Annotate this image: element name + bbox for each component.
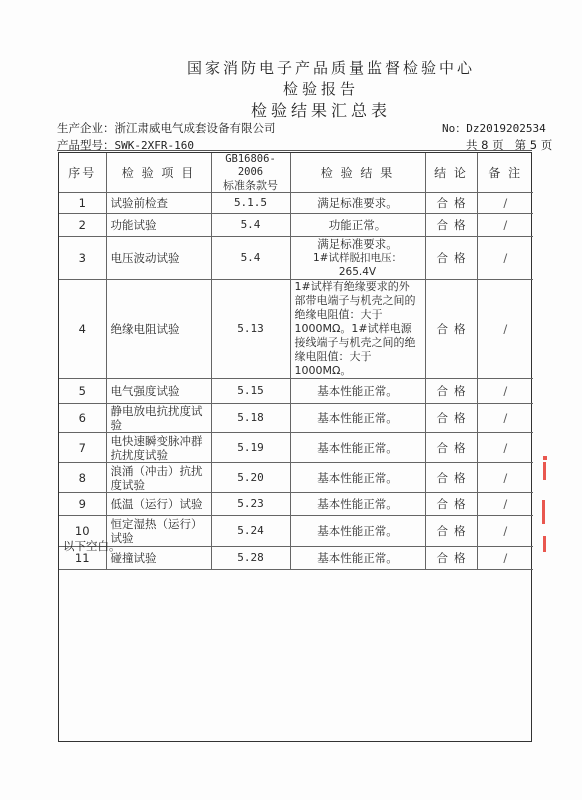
row-remark: / [477, 463, 533, 493]
row-remark: / [477, 404, 533, 433]
row-clause: 5.18 [211, 404, 290, 433]
row-result: 基本性能正常。 [290, 516, 425, 547]
company-label: 生产企业： [57, 121, 115, 135]
row-remark: / [477, 237, 533, 280]
row-clause: 5.13 [211, 280, 290, 379]
row-verdict: 合格 [425, 193, 477, 214]
table-row: 4 绝缘电阻试验 5.13 1#试样有绝缘要求的外部带电端子与机壳之间的绝缘电阻… [59, 280, 533, 379]
row-clause: 5.23 [211, 493, 290, 516]
row-verdict: 合格 [425, 404, 477, 433]
row-seq: 8 [59, 463, 106, 493]
blank-below-note: 以下空白。 [63, 538, 121, 554]
row-item: 低温（运行）试验 [106, 493, 211, 516]
row-item: 电快速瞬变脉冲群抗扰度试验 [106, 433, 211, 463]
row-seq: 4 [59, 280, 106, 379]
report-number-label: No： [442, 122, 466, 135]
table-row: 11 碰撞试验 5.28 基本性能正常。 合格 / [59, 547, 533, 570]
col-header-seq: 序号 [59, 153, 106, 193]
company-name: 浙江肃威电气成套设备有限公司 [115, 121, 276, 135]
table-header-row: 序号 检 验 项 目 GB16806-2006 标准条款号 检 验 结 果 结 … [59, 153, 533, 193]
row-seq: 5 [59, 379, 106, 404]
col-header-standard-line1: GB16806-2006 [216, 153, 286, 179]
row-verdict: 合格 [425, 547, 477, 570]
row-result-line2: 1#试样脱扣电压：265.4V [295, 251, 421, 279]
table-row: 8 浪涌（冲击）抗扰度试验 5.20 基本性能正常。 合格 / [59, 463, 533, 493]
row-clause: 5.28 [211, 547, 290, 570]
table-row: 3 电压波动试验 5.4 满足标准要求。 1#试样脱扣电压：265.4V 合格 … [59, 237, 533, 280]
col-header-remark: 备 注 [477, 153, 533, 193]
row-result: 基本性能正常。 [290, 404, 425, 433]
row-clause: 5.1.5 [211, 193, 290, 214]
col-header-item: 检 验 项 目 [106, 153, 211, 193]
row-result: 基本性能正常。 [290, 379, 425, 404]
header-divider [57, 150, 532, 151]
row-item: 功能试验 [106, 214, 211, 237]
row-verdict: 合格 [425, 280, 477, 379]
row-clause: 5.4 [211, 214, 290, 237]
results-table-frame: 序号 检 验 项 目 GB16806-2006 标准条款号 检 验 结 果 结 … [58, 152, 532, 742]
row-result: 基本性能正常。 [290, 463, 425, 493]
row-verdict: 合格 [425, 237, 477, 280]
row-item: 电压波动试验 [106, 237, 211, 280]
row-remark: / [477, 493, 533, 516]
table-row: 1 试验前检查 5.1.5 满足标准要求。 合格 / [59, 193, 533, 214]
row-seq: 1 [59, 193, 106, 214]
row-item: 试验前检查 [106, 193, 211, 214]
row-result: 满足标准要求。 1#试样脱扣电压：265.4V [290, 237, 425, 280]
row-clause: 5.4 [211, 237, 290, 280]
col-header-standard-line2: 标准条款号 [216, 179, 286, 192]
row-remark: / [477, 379, 533, 404]
seal-stamp-fragment [541, 456, 551, 556]
company-line: 生产企业：浙江肃威电气成套设备有限公司 [57, 120, 276, 136]
row-item: 电气强度试验 [106, 379, 211, 404]
row-seq: 6 [59, 404, 106, 433]
row-result: 功能正常。 [290, 214, 425, 237]
row-verdict: 合格 [425, 493, 477, 516]
report-number: No：Dz2019202534 [442, 120, 546, 136]
row-item: 绝缘电阻试验 [106, 280, 211, 379]
row-result: 基本性能正常。 [290, 547, 425, 570]
row-result-line1: 满足标准要求。 [295, 237, 421, 251]
row-remark: / [477, 433, 533, 463]
row-clause: 5.15 [211, 379, 290, 404]
row-seq: 7 [59, 433, 106, 463]
col-header-verdict: 结 论 [425, 153, 477, 193]
row-remark: / [477, 193, 533, 214]
row-verdict: 合格 [425, 433, 477, 463]
row-remark: / [477, 280, 533, 379]
row-result: 满足标准要求。 [290, 193, 425, 214]
row-item: 恒定湿热（运行）试验 [106, 516, 211, 547]
table-row: 2 功能试验 5.4 功能正常。 合格 / [59, 214, 533, 237]
results-table: 序号 检 验 项 目 GB16806-2006 标准条款号 检 验 结 果 结 … [59, 153, 533, 570]
row-verdict: 合格 [425, 214, 477, 237]
row-verdict: 合格 [425, 463, 477, 493]
row-remark: / [477, 547, 533, 570]
org-title: 国家消防电子产品质量监督检验中心 [0, 57, 582, 78]
table-row: 9 低温（运行）试验 5.23 基本性能正常。 合格 / [59, 493, 533, 516]
row-result: 基本性能正常。 [290, 433, 425, 463]
row-verdict: 合格 [425, 516, 477, 547]
table-title: 检验结果汇总表 [0, 98, 582, 121]
row-item: 碰撞试验 [106, 547, 211, 570]
row-clause: 5.20 [211, 463, 290, 493]
row-remark: / [477, 516, 533, 547]
col-header-result: 检 验 结 果 [290, 153, 425, 193]
row-clause: 5.19 [211, 433, 290, 463]
row-result: 基本性能正常。 [290, 493, 425, 516]
row-seq: 9 [59, 493, 106, 516]
row-clause: 5.24 [211, 516, 290, 547]
row-item: 静电放电抗扰度试验 [106, 404, 211, 433]
table-row: 7 电快速瞬变脉冲群抗扰度试验 5.19 基本性能正常。 合格 / [59, 433, 533, 463]
report-title: 检验报告 [0, 78, 582, 99]
table-row: 6 静电放电抗扰度试验 5.18 基本性能正常。 合格 / [59, 404, 533, 433]
row-seq: 3 [59, 237, 106, 280]
col-header-standard: GB16806-2006 标准条款号 [211, 153, 290, 193]
row-remark: / [477, 214, 533, 237]
row-result: 1#试样有绝缘要求的外部带电端子与机壳之间的绝缘电阻值：大于1000MΩ。1#试… [290, 280, 425, 379]
row-seq: 2 [59, 214, 106, 237]
row-verdict: 合格 [425, 379, 477, 404]
row-item: 浪涌（冲击）抗扰度试验 [106, 463, 211, 493]
table-row: 10 恒定湿热（运行）试验 5.24 基本性能正常。 合格 / [59, 516, 533, 547]
table-row: 5 电气强度试验 5.15 基本性能正常。 合格 / [59, 379, 533, 404]
report-number-value: Dz2019202534 [466, 122, 545, 135]
